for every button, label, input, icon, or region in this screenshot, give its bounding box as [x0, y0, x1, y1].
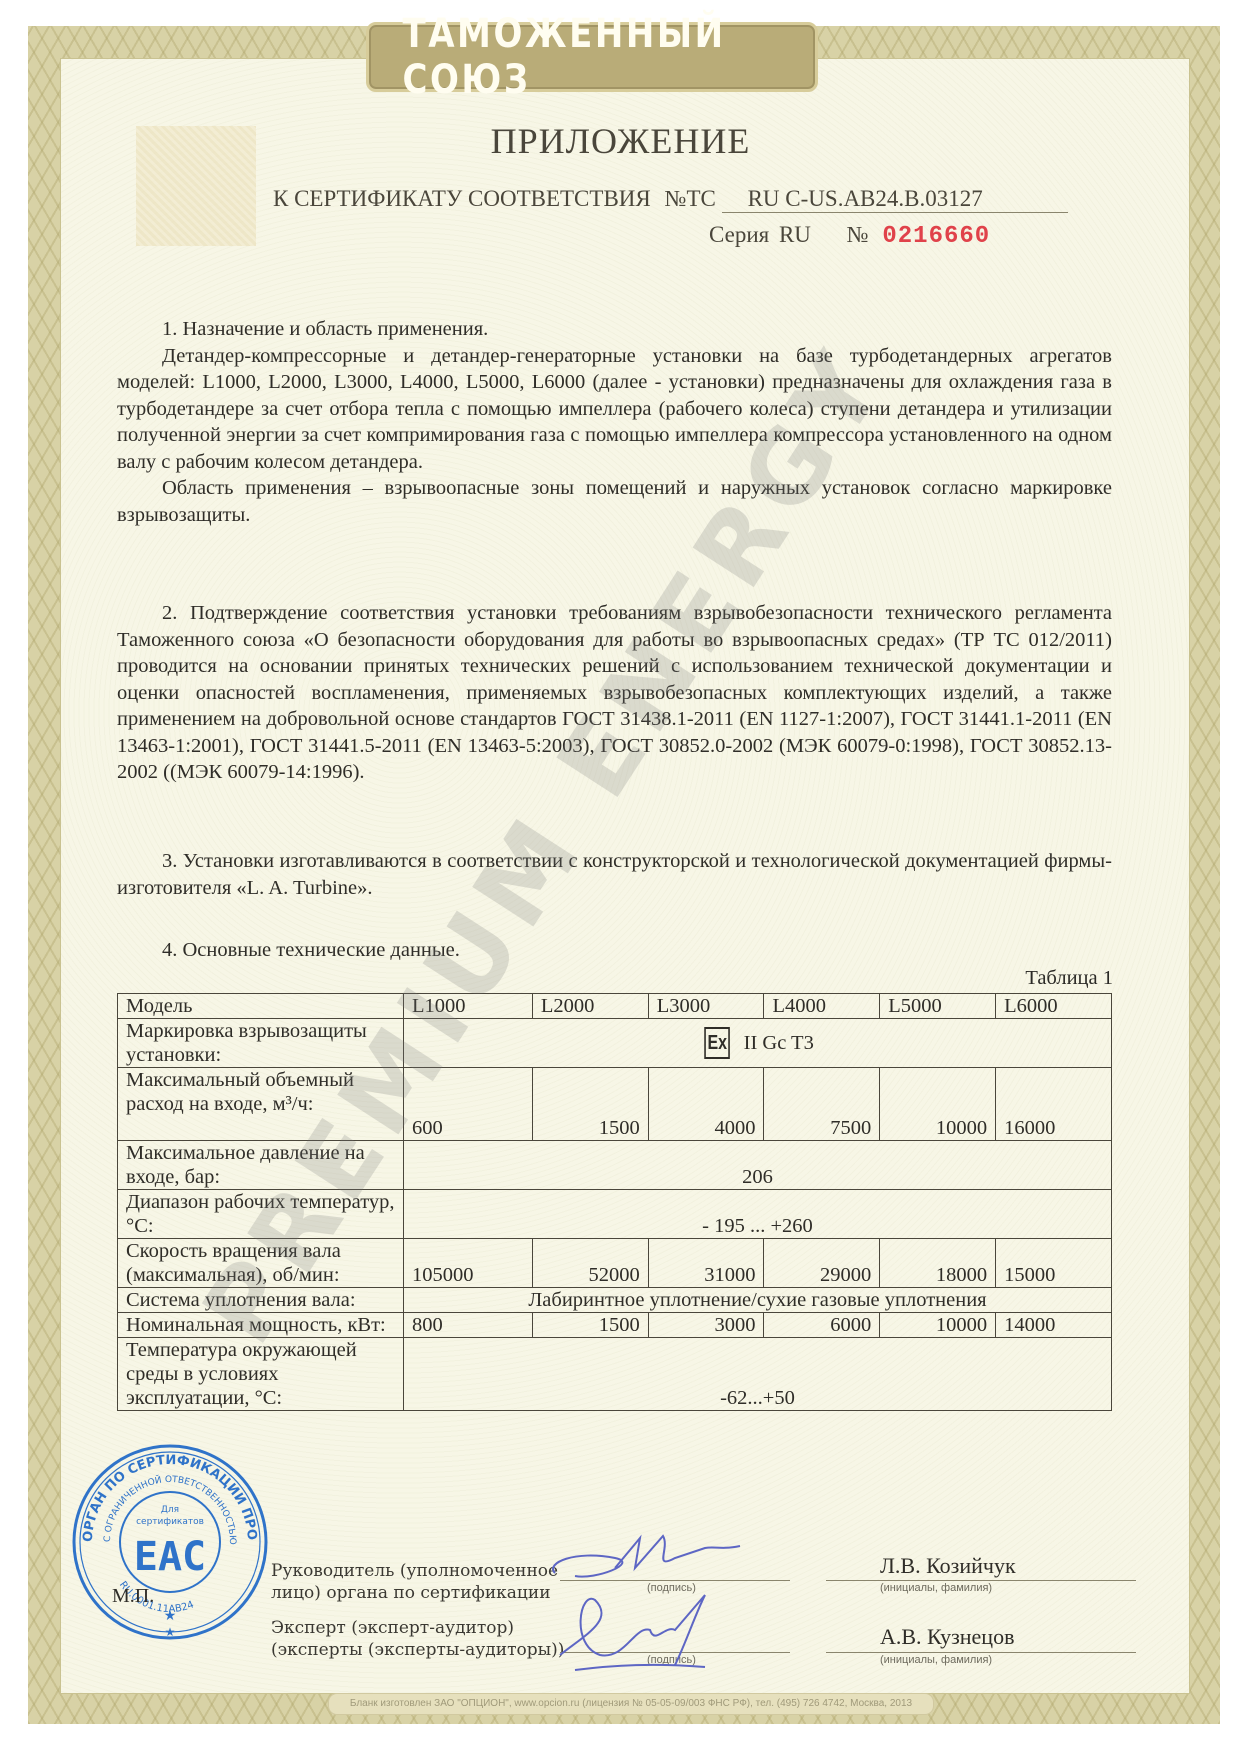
- name-hint: (инициалы, фамилия): [880, 1582, 992, 1594]
- table-cell: 206: [404, 1141, 1112, 1190]
- seal-place-label: М.П.: [112, 1585, 154, 1608]
- row-label: Система уплотнения вала:: [118, 1288, 404, 1313]
- row-label: Номинальная мощность, кВт:: [118, 1313, 404, 1338]
- svg-text:★: ★: [165, 1625, 176, 1639]
- certificate-reference: К СЕРТИФИКАТУ СООТВЕТСТВИЯ №ТС RU C-US.A…: [273, 186, 1068, 213]
- paragraph: 3. Установки изготавливаются в соответст…: [117, 848, 1112, 901]
- table-caption: Таблица 1: [1025, 967, 1113, 990]
- table-row: Система уплотнения вала: Лабиринтное упл…: [118, 1288, 1112, 1313]
- row-label: Максимальное давление на входе, бар:: [118, 1141, 404, 1190]
- section-conformity: 2. Подтверждение соответствия установки …: [117, 600, 1112, 786]
- expert-signatory-label: Эксперт (эксперт-аудитор) (эксперты (экс…: [271, 1617, 564, 1661]
- blank-number-label: №: [847, 222, 869, 247]
- table-row: Номинальная мощность, кВт: 800 1500 3000…: [118, 1313, 1112, 1338]
- certificate-number: RU C-US.AB24.B.03127: [722, 186, 1068, 213]
- head-signatory-label: Руководитель (уполномоченное лицо) орган…: [271, 1560, 558, 1604]
- table-cell: 1500: [532, 1068, 648, 1141]
- marking-value: II Gc T3: [744, 1032, 814, 1054]
- table-cell: -62...+50: [404, 1338, 1112, 1411]
- table-cell: 7500: [764, 1068, 880, 1141]
- blank-serial-number: 0216660: [882, 223, 990, 250]
- table-row: Максимальное давление на входе, бар: 206: [118, 1141, 1112, 1190]
- section-heading: 4. Основные технические данные.: [117, 937, 1112, 964]
- table-row: Маркировка взрывозащиты установки: ExII …: [118, 1019, 1112, 1068]
- section-purpose: 1. Назначение и область применения. Дета…: [117, 316, 1112, 528]
- row-label: Скорость вращения вала (максимальная), о…: [118, 1239, 404, 1288]
- head-signature-icon: [545, 1528, 775, 1588]
- table-row: Диапазон рабочих температур, °С: - 195 .…: [118, 1190, 1112, 1239]
- page-title: ПРИЛОЖЕНИЕ: [0, 120, 1241, 162]
- name-line: [826, 1652, 1136, 1653]
- table-cell: 6000: [764, 1313, 880, 1338]
- paragraph: Область применения – взрывоопасные зоны …: [117, 475, 1112, 528]
- header-cell: L3000: [648, 994, 764, 1019]
- table-cell: Лабиринтное уплотнение/сухие газовые упл…: [404, 1288, 1112, 1313]
- table-cell: 3000: [648, 1313, 764, 1338]
- row-label: Маркировка взрывозащиты установки:: [118, 1019, 404, 1068]
- svg-text:Для: Для: [161, 1505, 179, 1515]
- svg-text:сертификатов: сертификатов: [136, 1517, 204, 1527]
- table-cell: 4000: [648, 1068, 764, 1141]
- table-cell: 16000: [996, 1068, 1112, 1141]
- number-label: №ТС: [665, 186, 716, 211]
- table-header-row: Модель L1000 L2000 L3000 L4000 L5000 L60…: [118, 994, 1112, 1019]
- expert-signature-icon: [555, 1585, 735, 1675]
- customs-union-badge: ТАМОЖЕННЫЙ СОЮЗ: [366, 22, 818, 92]
- table-cell: - 195 ... +260: [404, 1190, 1112, 1239]
- table-row: Максимальный объемный расход на входе, м…: [118, 1068, 1112, 1141]
- section-specs: 4. Основные технические данные.: [117, 937, 1112, 964]
- name-hint: (инициалы, фамилия): [880, 1654, 992, 1666]
- series-line: Серия RU № 0216660: [709, 222, 990, 250]
- table-cell: 105000: [404, 1239, 533, 1288]
- table-row: Температура окружающей среды в условиях …: [118, 1338, 1112, 1411]
- svg-text:ЕАС: ЕАС: [134, 1534, 206, 1580]
- series-label: Серия: [709, 222, 769, 247]
- header-cell: L1000: [404, 994, 533, 1019]
- svg-text:★: ★: [164, 1609, 177, 1624]
- paragraph: Детандер-компрессорные и детандер-генера…: [117, 343, 1112, 476]
- table-cell: 29000: [764, 1239, 880, 1288]
- printer-footer: Бланк изготовлен ЗАО "ОПЦИОН", www.opcio…: [328, 1693, 934, 1715]
- header-cell: L5000: [880, 994, 996, 1019]
- table-cell: 31000: [648, 1239, 764, 1288]
- header-cell: Модель: [118, 994, 404, 1019]
- name-line: [826, 1580, 1136, 1581]
- customs-union-label: ТАМОЖЕННЫЙ СОЮЗ: [402, 11, 781, 103]
- table-cell: 800: [404, 1313, 533, 1338]
- table-cell: 52000: [532, 1239, 648, 1288]
- expert-name: А.В. Кузнецов: [880, 1624, 1014, 1650]
- marking-cell: ExII Gc T3: [404, 1019, 1112, 1068]
- header-cell: L6000: [996, 994, 1112, 1019]
- certification-stamp-icon: ОРГАН ПО СЕРТИФИКАЦИИ ПРОДУКЦИИ С ОГРАНИ…: [70, 1442, 270, 1642]
- table-row: Скорость вращения вала (максимальная), о…: [118, 1239, 1112, 1288]
- table-cell: 14000: [996, 1313, 1112, 1338]
- table-cell: 18000: [880, 1239, 996, 1288]
- section-manufacturing: 3. Установки изготавливаются в соответст…: [117, 848, 1112, 901]
- header-cell: L2000: [532, 994, 648, 1019]
- paragraph: 2. Подтверждение соответствия установки …: [117, 600, 1112, 786]
- row-label: Максимальный объемный расход на входе, м…: [118, 1068, 404, 1141]
- row-label: Диапазон рабочих температур, °С:: [118, 1190, 404, 1239]
- row-label: Температура окружающей среды в условиях …: [118, 1338, 404, 1411]
- technical-data-table: Модель L1000 L2000 L3000 L4000 L5000 L60…: [117, 993, 1112, 1411]
- table-cell: 600: [404, 1068, 533, 1141]
- section-heading: 1. Назначение и область применения.: [117, 316, 1112, 343]
- series-value: RU: [779, 222, 811, 247]
- subtitle-prefix: К СЕРТИФИКАТУ СООТВЕТСТВИЯ: [273, 186, 651, 211]
- table-cell: 15000: [996, 1239, 1112, 1288]
- ex-mark-icon: Ex: [704, 1027, 730, 1059]
- table-cell: 1500: [532, 1313, 648, 1338]
- head-name: Л.В. Козийчук: [880, 1553, 1016, 1579]
- table-cell: 10000: [880, 1068, 996, 1141]
- header-cell: L4000: [764, 994, 880, 1019]
- table-cell: 10000: [880, 1313, 996, 1338]
